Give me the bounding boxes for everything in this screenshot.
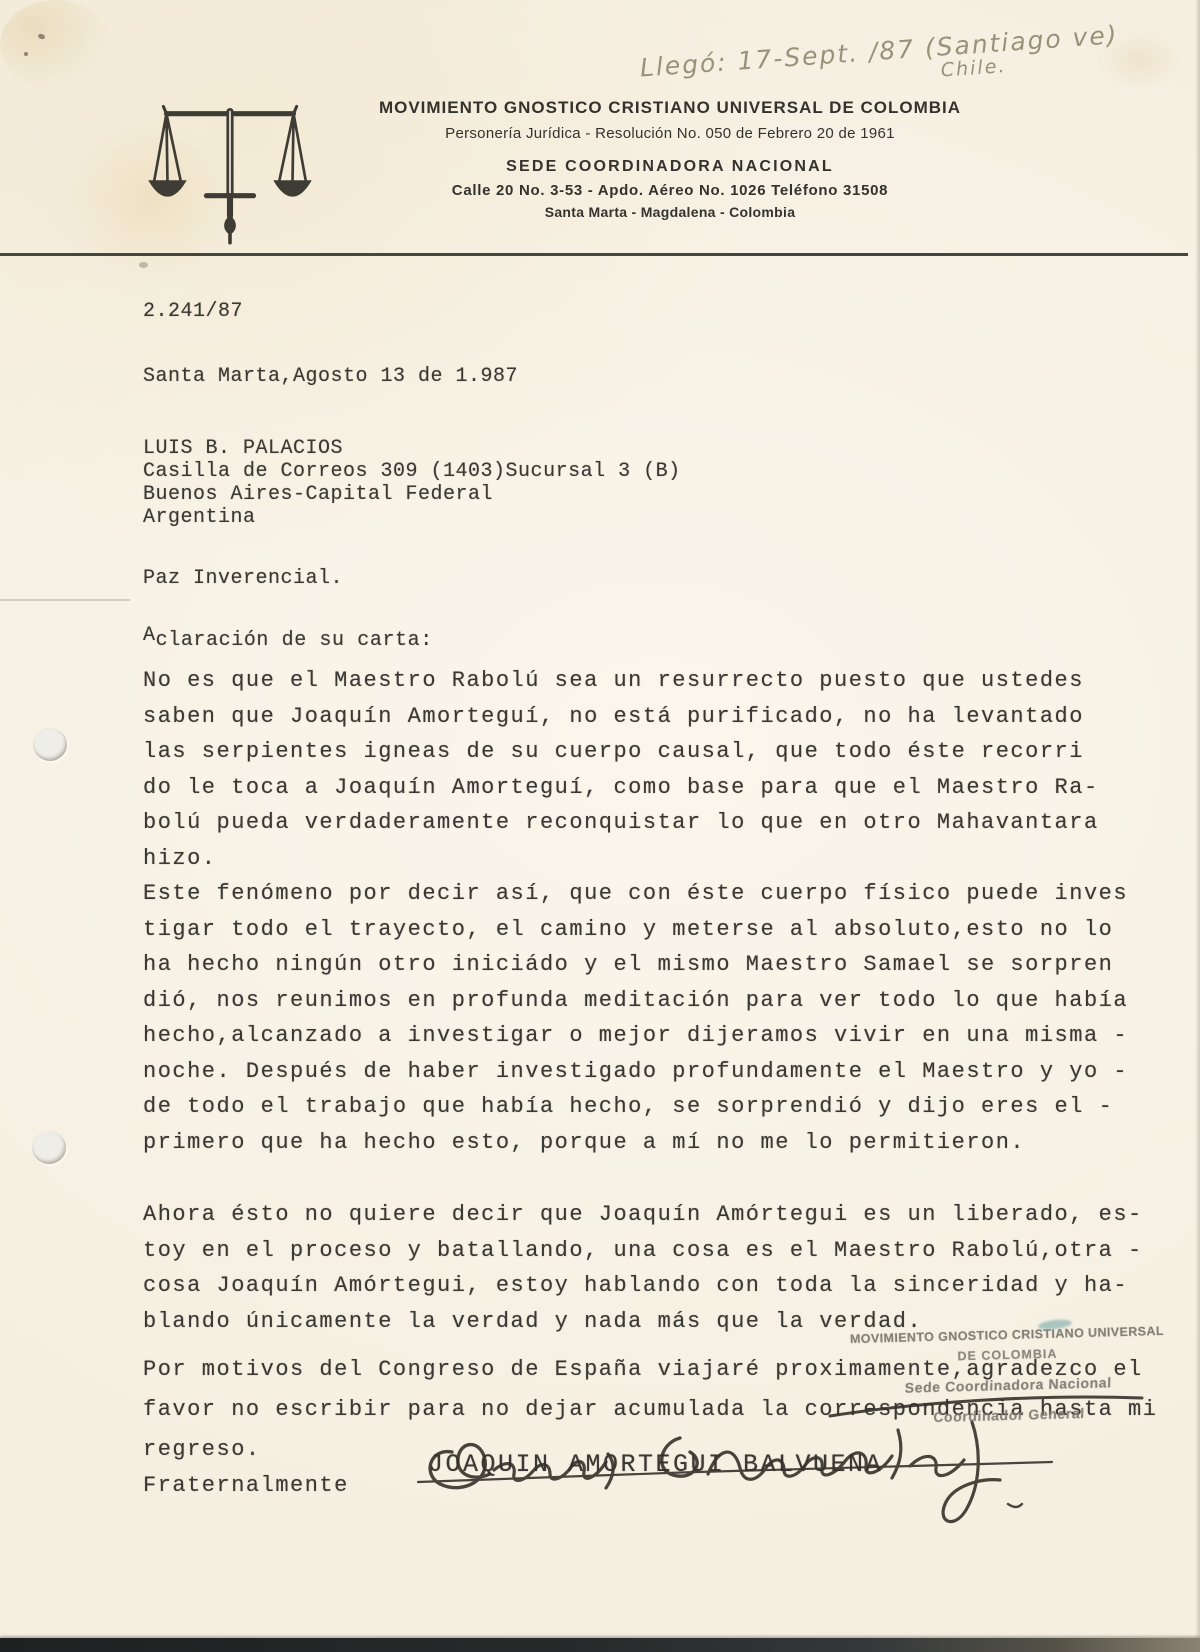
reference-number: 2.241/87 [143,300,243,323]
ink-speck [24,52,28,56]
rubber-stamp: MOVIMIENTO GNOSTICO CRISTIANO UNIVERSAL … [837,1324,1179,1428]
recipient-block: LUIS B. PALACIOS Casilla de Correos 309 … [143,437,681,529]
ink-speck [139,262,148,268]
body-line: de todo el trabajo que había hecho, se s… [143,1089,1128,1125]
subject-rest: claración de su carta: [156,629,433,652]
recipient-name: LUIS B. PALACIOS [143,437,681,460]
letterhead: MOVIMIENTO GNOSTICO CRISTIANO UNIVERSAL … [330,98,1010,220]
org-city: Santa Marta - Magdalena - Colombia [330,204,1010,220]
paper-stain [0,0,110,90]
stamp-country-line: DE COLOMBIA [837,1344,1177,1367]
body-line: hizo. [143,841,1128,877]
org-office: SEDE COORDINADORA NACIONAL [330,158,1010,176]
body-line: No es que el Maestro Rabolú sea un resur… [143,663,1128,699]
dateline: Santa Marta,Agosto 13 de 1.987 [143,365,518,388]
subject-initial: A [143,624,156,647]
recipient-country: Argentina [143,506,681,529]
org-name: MOVIMIENTO GNOSTICO CRISTIANO UNIVERSAL … [330,98,1010,118]
received-note-line1: Llegó: 17-Sept. /87 (Santiago ve) [639,15,1200,83]
letter-scan: Llegó: 17-Sept. /87 (Santiago ve) Chile.… [0,0,1200,1652]
body-line: do le toca a Joaquín Amorteguí, como bas… [143,770,1128,806]
body-line: Este fenómeno por decir así, que con ést… [143,876,1128,912]
closing: Fraternalmente [143,1468,349,1504]
subject-line: Aclaración de su carta: [143,629,433,652]
body-line: toy en el proceso y batallando, una cosa… [143,1233,1143,1269]
body-line: cosa Joaquín Amórtegui, estoy hablando c… [143,1268,1143,1304]
stamp-office-line: Sede Coordinadora Nacional [838,1373,1178,1398]
paragraph-1: No es que el Maestro Rabolú sea un resur… [143,663,1128,1160]
scan-line-artifact [0,599,130,601]
handwritten-received-note: Llegó: 17-Sept. /87 (Santiago ve) Chile. [639,15,1200,103]
body-line: saben que Joaquín Amorteguí, no está pur… [143,699,1128,735]
body-line: tigar todo el trayecto, el camino y mete… [143,912,1128,948]
scan-edge [1195,0,1200,1652]
letterhead-divider [0,253,1188,256]
scan-edge-strip [0,1638,1200,1652]
paragraph-2: Ahora ésto no quiere decir que Joaquín A… [143,1197,1143,1339]
punch-hole [33,728,67,761]
recipient-address: Casilla de Correos 309 (1403)Sucursal 3 … [143,460,681,483]
body-line: las serpientes igneas de su cuerpo causa… [143,734,1128,770]
body-line: hecho,alcanzado a investigar o mejor dij… [143,1018,1128,1054]
ink-speck [37,33,45,40]
org-address: Calle 20 No. 3-53 - Apdo. Aéreo No. 1026… [330,182,1010,199]
body-line: ha hecho ningún otro iniciádo y el mismo… [143,947,1128,983]
body-line: noche. Después de haber investigado prof… [143,1054,1128,1090]
salutation: Paz Inverencial. [143,567,343,590]
body-line: bolú pueda verdaderamente reconquistar l… [143,805,1128,841]
punch-hole [32,1131,66,1164]
scales-of-justice-icon [148,86,312,252]
recipient-city: Buenos Aires-Capital Federal [143,483,681,506]
body-line: Ahora ésto no quiere decir que Joaquín A… [143,1197,1143,1233]
org-legal-line: Personería Jurídica - Resolución No. 050… [330,125,1010,142]
body-line: primero que ha hecho esto, porque a mí n… [143,1125,1128,1161]
body-line: dió, nos reunimos en profunda meditación… [143,983,1128,1019]
